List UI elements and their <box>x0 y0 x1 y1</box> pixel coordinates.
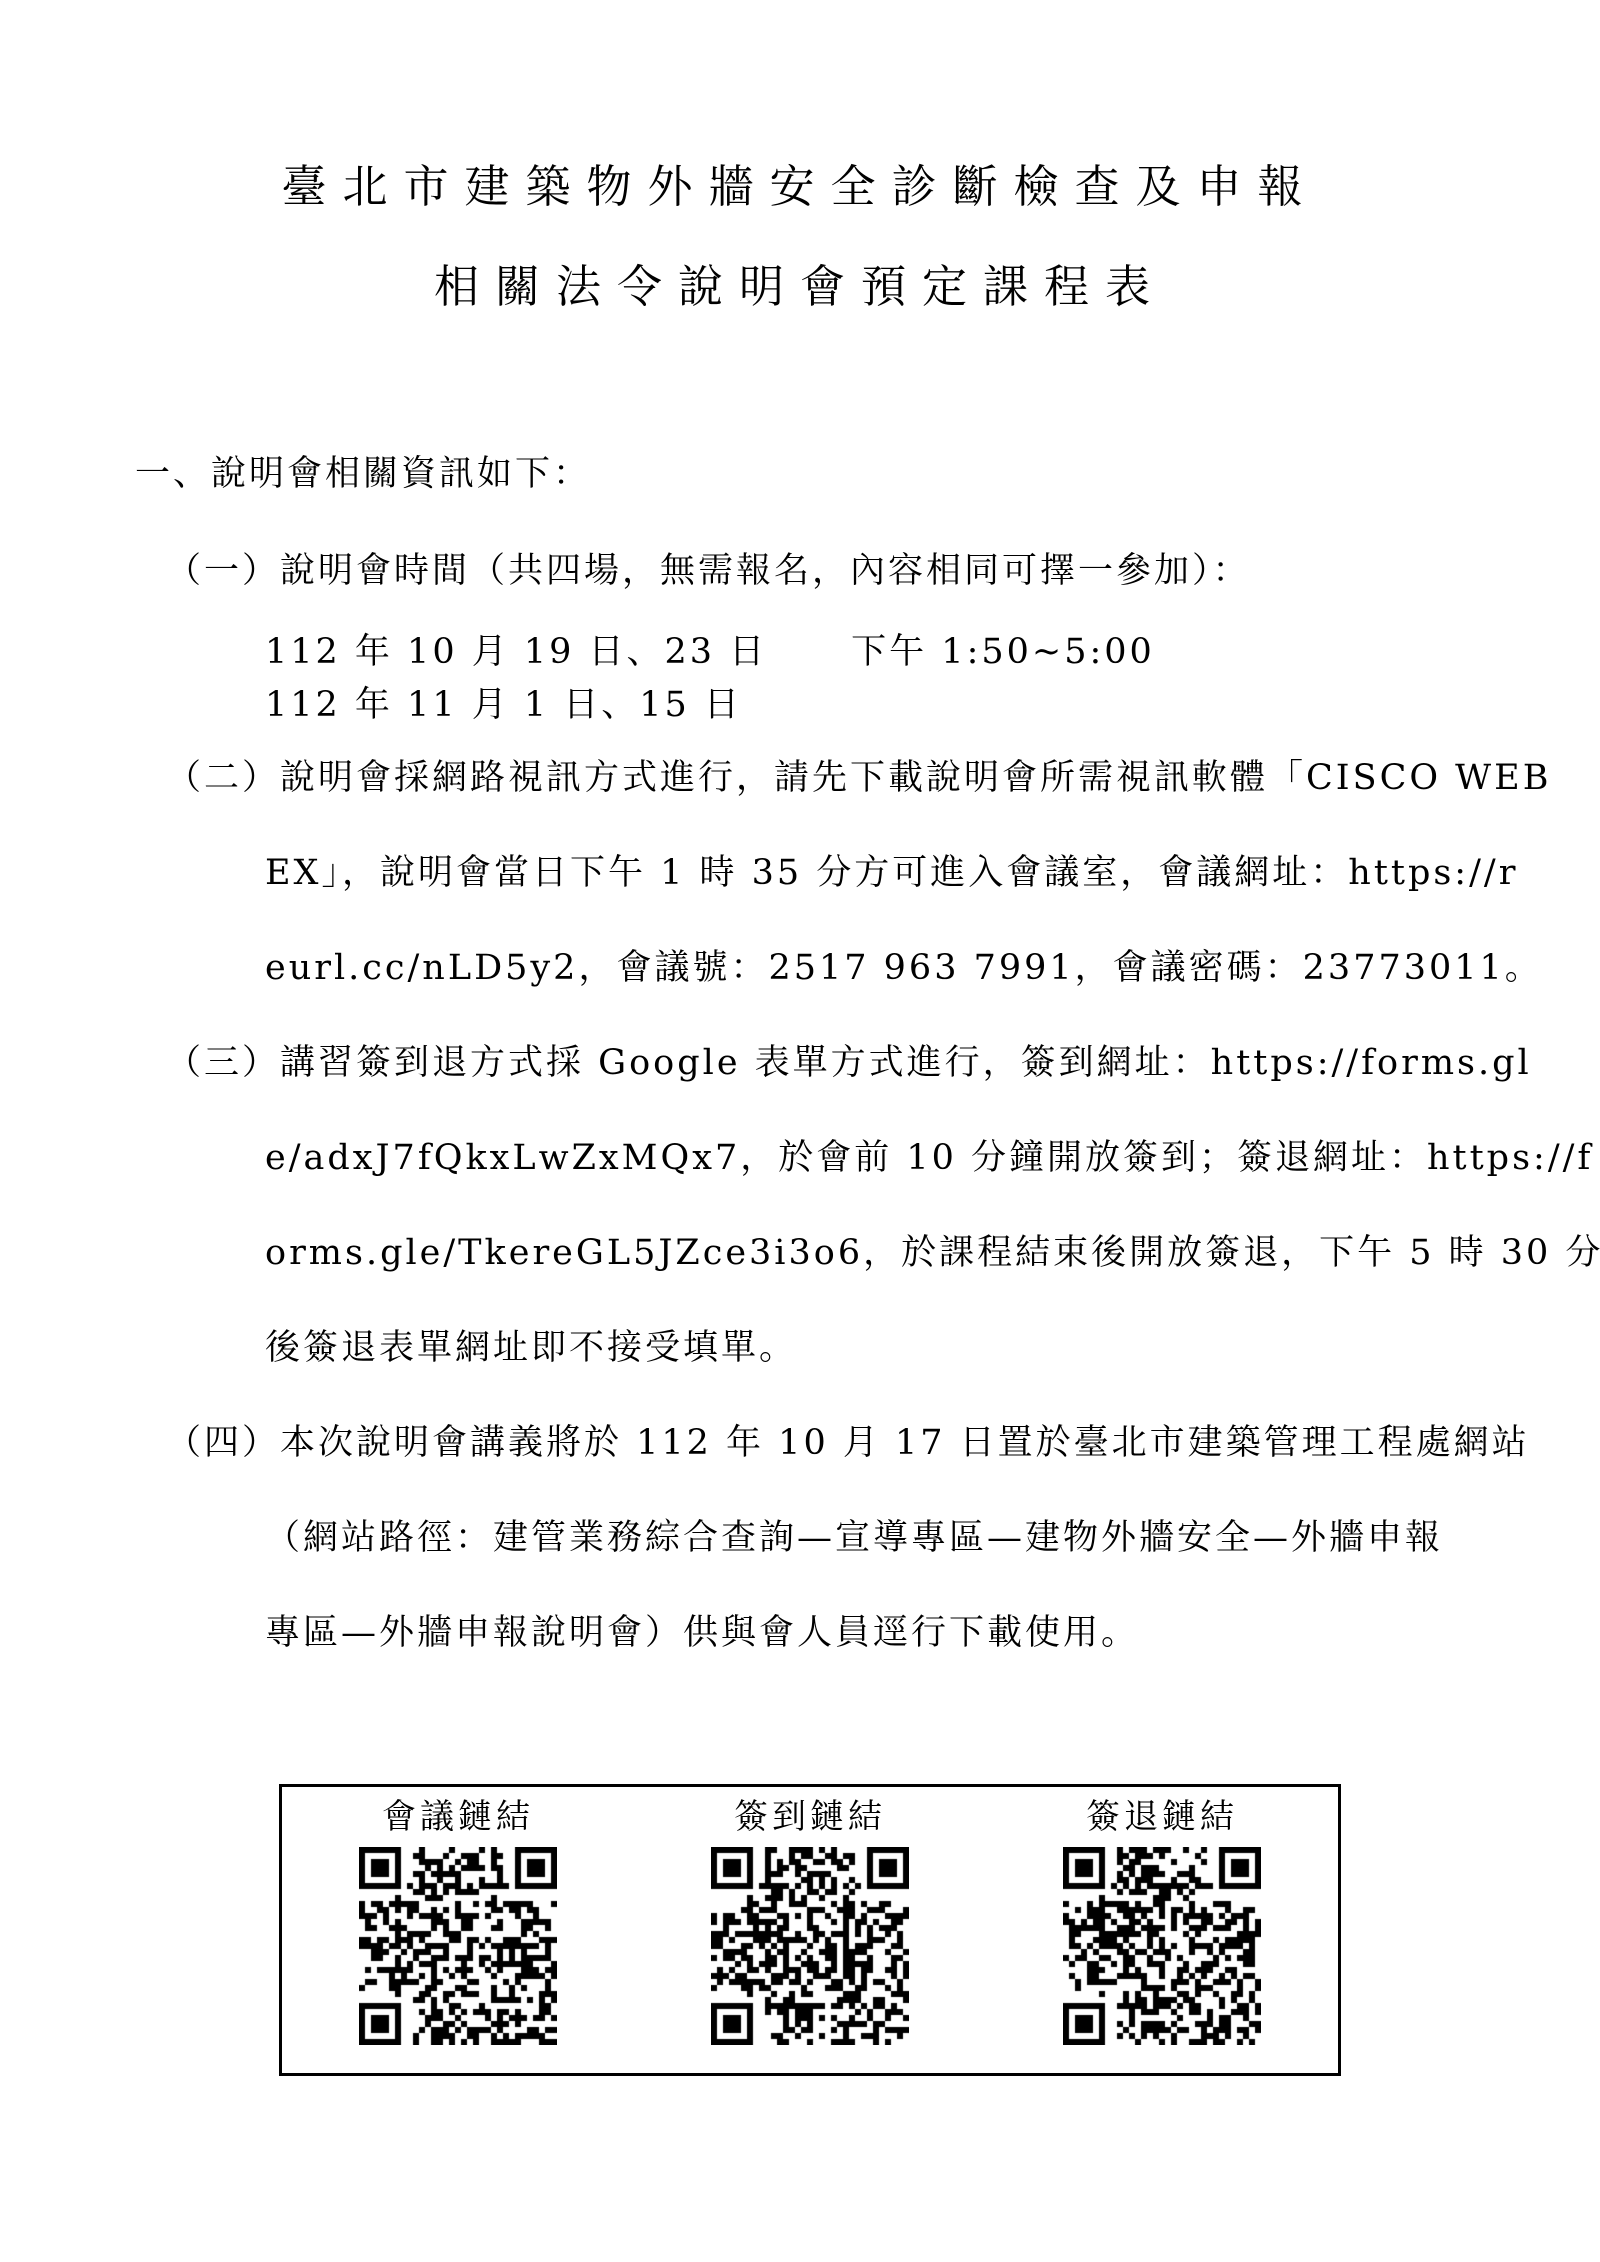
document-title-line2: 相關法令說明會預定課程表 <box>0 250 1600 315</box>
item-4-handout-line-3: 專區—外牆申報說明會）供與會人員逕行下載使用。 <box>265 1611 1139 1657</box>
session-time-range: 下午 1:50~5:00 <box>851 630 1155 676</box>
item-2-webex-line-1: （二）說明會採網路視訊方式進行，請先下載說明會所需視訊軟體「CISCO WEB <box>166 756 1551 802</box>
qr-column-signout: 簽退鏈結 <box>1063 1787 1261 2045</box>
item-3-signin-line-1: （三）講習簽到退方式採 Google 表單方式進行，簽到網址：https://f… <box>166 1041 1532 1087</box>
signout-link-label: 簽退鏈結 <box>1086 1795 1238 1839</box>
meeting-qr-code-icon <box>359 1847 557 2045</box>
qr-column-signin: 簽到鏈結 <box>711 1787 909 2045</box>
signin-link-label: 簽到鏈結 <box>734 1795 886 1839</box>
item-3-signin-line-2: e/adxJ7fQkxLwZxMQx7，於會前 10 分鐘開放簽到；簽退網址：h… <box>265 1136 1593 1182</box>
meeting-link-label: 會議鏈結 <box>382 1795 534 1839</box>
qr-column-meeting: 會議鏈結 <box>359 1787 557 2045</box>
session-dates-october-line: 112 年 10 月 19 日、23 日下午 1:50~5:00 <box>265 630 1155 676</box>
item-2-webex-line-3: eurl.cc/nLD5y2，會議號：2517 963 7991，會議密碼：23… <box>265 946 1543 992</box>
signin-qr-code-icon <box>711 1847 909 2045</box>
document-title-line1: 臺北市建築物外牆安全診斷檢查及申報 <box>0 150 1600 215</box>
session-date-october: 112 年 10 月 19 日、23 日 <box>265 632 767 672</box>
item-4-handout-line-1: （四）本次說明會講義將於 112 年 10 月 17 日置於臺北市建築管理工程處… <box>166 1421 1530 1467</box>
item-1-session-time-heading: （一）說明會時間（共四場，無需報名，內容相同可擇一參加）： <box>166 549 1251 595</box>
signout-qr-code-icon <box>1063 1847 1261 2045</box>
session-dates-november-line: 112 年 11 月 1 日、15 日 <box>265 683 742 729</box>
item-3-signin-line-4: 後簽退表單網址即不接受填單。 <box>265 1326 797 1372</box>
item-3-signin-line-3: orms.gle/TkereGL5JZce3i3o6，於課程結束後開放簽退，下午… <box>265 1231 1600 1277</box>
qr-links-box: 會議鏈結 簽到鏈結 簽退鏈結 <box>279 1784 1341 2076</box>
document-page: 臺北市建築物外牆安全診斷檢查及申報 相關法令說明會預定課程表 一、說明會相關資訊… <box>0 0 1600 2262</box>
overview-heading: 一、說明會相關資訊如下： <box>135 452 591 498</box>
item-4-handout-line-2: （網站路徑：建管業務綜合查詢—宣導專區—建物外牆安全—外牆申報 <box>265 1516 1443 1562</box>
item-2-webex-line-2: EX」，說明會當日下午 1 時 35 分方可進入會議室，會議網址：https:/… <box>265 851 1518 897</box>
